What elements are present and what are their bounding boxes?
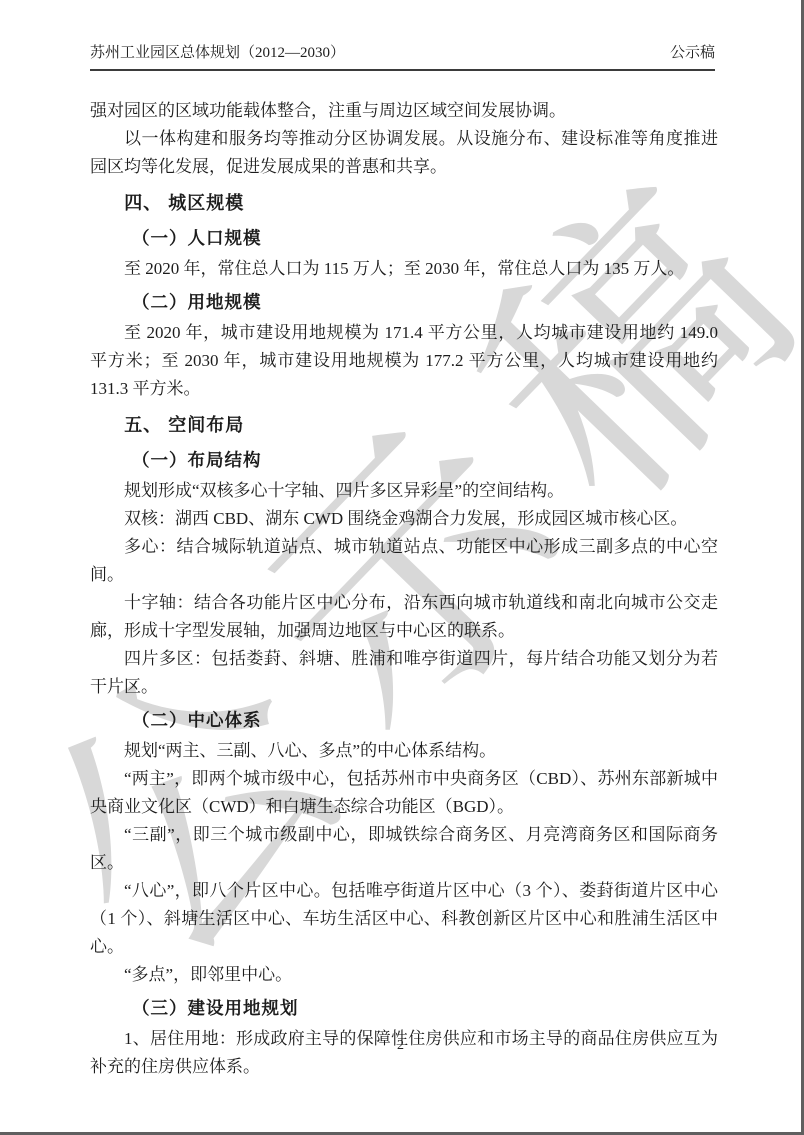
- paragraph: “三副”，即三个城市级副中心，即城铁综合商务区、月亮湾商务区和国际商务区。: [90, 821, 718, 877]
- paragraph: “两主”，即两个城市级中心，包括苏州市中央商务区（CBD）、苏州东部新城中央商业…: [90, 765, 718, 821]
- paragraph: “八心”，即八个片区中心。包括唯亭街道片区中心（3 个）、娄葑街道片区中心（1 …: [90, 877, 718, 961]
- page-number: 2: [397, 1038, 404, 1053]
- subsection-heading: （二）中心体系: [90, 705, 718, 735]
- paragraph: 至 2020 年，城市建设用地规模为 171.4 平方公里，人均城市建设用地约 …: [90, 319, 718, 403]
- page-footer: 2: [0, 1038, 801, 1054]
- paragraph: 十字轴：结合各功能片区中心分布，沿东西向城市轨道线和南北向城市公交走廊，形成十字…: [90, 589, 718, 645]
- paragraph: 双核：湖西 CBD、湖东 CWD 围绕金鸡湖合力发展，形成园区城市核心区。: [90, 505, 718, 533]
- paragraph: 强对园区的区域功能载体整合，注重与周边区域空间发展协调。: [90, 97, 718, 125]
- subsection-heading: （一）人口规模: [90, 223, 718, 253]
- paragraph: 规划形成“双核多心十字轴、四片多区异彩呈”的空间结构。: [90, 477, 718, 505]
- document-page: 公示稿 苏州工业园区总体规划（2012—2030） 公示稿 强对园区的区域功能载…: [0, 0, 804, 1135]
- paragraph: 至 2020 年，常住总人口为 115 万人；至 2030 年，常住总人口为 1…: [90, 255, 718, 283]
- paragraph: “多点”，即邻里中心。: [90, 961, 718, 989]
- document-body: 强对园区的区域功能载体整合，注重与周边区域空间发展协调。以一体构建和服务均等推动…: [90, 97, 718, 1081]
- paragraph: 规划“两主、三副、八心、多点”的中心体系结构。: [90, 737, 718, 765]
- subsection-heading: （三）建设用地规划: [90, 993, 718, 1023]
- paragraph: 四片多区：包括娄葑、斜塘、胜浦和唯亭街道四片，每片结合功能又划分为若干片区。: [90, 645, 718, 701]
- header-document-title: 苏州工业园区总体规划（2012—2030）: [90, 44, 345, 62]
- page-header: 苏州工业园区总体规划（2012—2030） 公示稿: [90, 44, 715, 71]
- section-heading: 五、 空间布局: [90, 410, 718, 440]
- header-draft-tag: 公示稿: [670, 44, 715, 62]
- section-heading: 四、 城区规模: [90, 188, 718, 218]
- subsection-heading: （一）布局结构: [90, 445, 718, 475]
- paragraph: 以一体构建和服务均等推动分区协调发展。从设施分布、建设标准等角度推进园区均等化发…: [90, 125, 718, 181]
- paragraph: 多心：结合城际轨道站点、城市轨道站点、功能区中心形成三副多点的中心空间。: [90, 533, 718, 589]
- subsection-heading: （二）用地规模: [90, 287, 718, 317]
